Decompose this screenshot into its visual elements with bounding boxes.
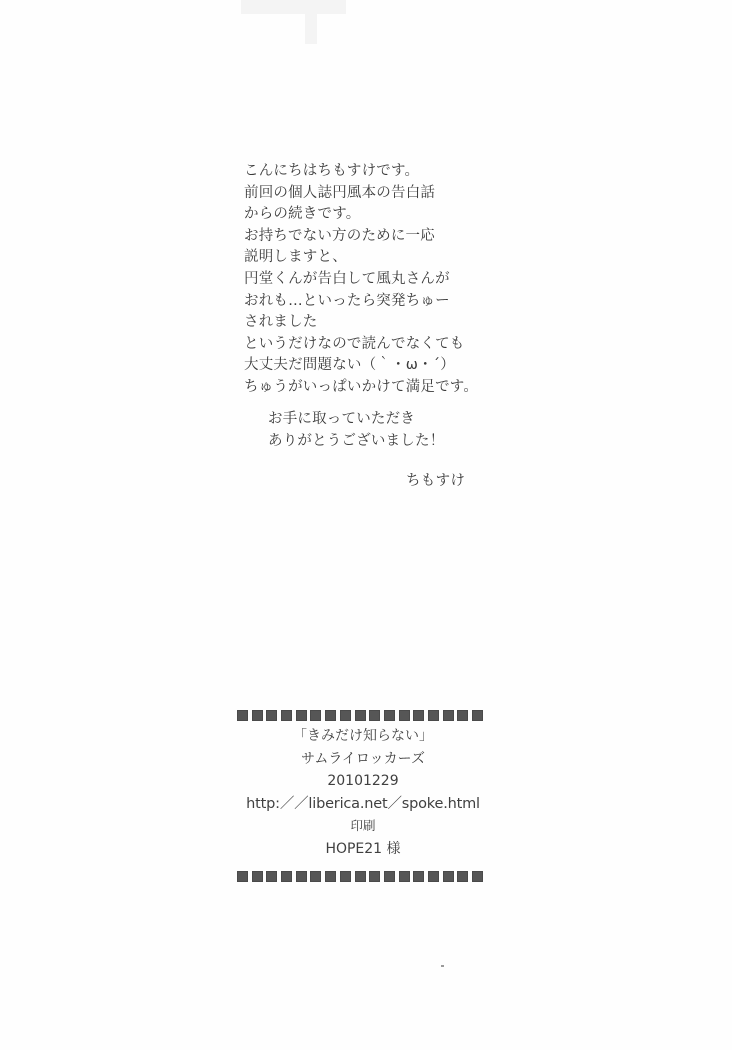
- scanned-page: こんにちはちもすけです。 前回の個人誌円風本の告白話 からの続きです。 お持ちで…: [0, 0, 732, 1050]
- scan-speck: [441, 965, 444, 967]
- circle-name: サムライロッカーズ: [232, 748, 494, 771]
- afterword-line: おれも…といったら突発ちゅー: [244, 291, 544, 313]
- divider-square: [340, 710, 351, 721]
- divider-square: [296, 871, 307, 882]
- divider-square: [281, 871, 292, 882]
- divider-square: [399, 871, 410, 882]
- divider-square: [355, 871, 366, 882]
- divider-square: [237, 871, 248, 882]
- divider-square: [369, 871, 380, 882]
- divider-square: [310, 710, 321, 721]
- thanks-line: ありがとうございました！: [268, 431, 444, 453]
- afterword-line: 円堂くんが告白して風丸さんが: [244, 269, 544, 291]
- divider-square: [296, 710, 307, 721]
- divider-square: [472, 710, 483, 721]
- printer-label: 印刷: [232, 815, 494, 838]
- publish-date: 20101229: [232, 770, 494, 793]
- divider-square: [428, 710, 439, 721]
- divider-square: [252, 710, 263, 721]
- website-url: http:／／liberica.net／spoke.html: [232, 793, 494, 816]
- divider-square: [399, 710, 410, 721]
- bleed-through-mark: [305, 14, 317, 44]
- divider-square: [355, 710, 366, 721]
- divider-square: [310, 871, 321, 882]
- divider-square: [266, 710, 277, 721]
- printer-name: HOPE21 様: [232, 838, 494, 861]
- divider-square: [457, 871, 468, 882]
- divider-square: [443, 871, 454, 882]
- divider-square: [472, 871, 483, 882]
- divider-square: [369, 710, 380, 721]
- colophon: 「きみだけ知らない」 サムライロッカーズ 20101229 http:／／lib…: [232, 725, 494, 861]
- divider-square: [413, 710, 424, 721]
- afterword-line: 説明しますと、: [244, 247, 544, 269]
- divider-square: [325, 710, 336, 721]
- divider-square: [281, 710, 292, 721]
- afterword-line: お持ちでない方のために一応: [244, 226, 544, 248]
- afterword-line: されました: [244, 312, 544, 334]
- afterword-line: 前回の個人誌円風本の告白話: [244, 183, 544, 205]
- divider-square: [384, 710, 395, 721]
- bleed-through-mark: [306, 0, 346, 14]
- afterword-line: というだけなので読んでなくても: [244, 334, 544, 356]
- divider-square: [325, 871, 336, 882]
- afterword-line: 大丈夫だ問題ない（｀・ω・´）: [244, 355, 544, 377]
- divider-square: [266, 871, 277, 882]
- divider-square: [413, 871, 424, 882]
- divider-square: [340, 871, 351, 882]
- divider-square: [428, 871, 439, 882]
- afterword-line: ちゅうがいっぱいかけて満足です。: [244, 377, 544, 399]
- divider-square: [443, 710, 454, 721]
- author-signature: ちもすけ: [406, 471, 465, 491]
- divider-square: [384, 871, 395, 882]
- afterword-line: こんにちはちもすけです。: [244, 161, 544, 183]
- divider-square: [237, 710, 248, 721]
- divider-square: [252, 871, 263, 882]
- afterword-line: からの続きです。: [244, 204, 544, 226]
- book-title: 「きみだけ知らない」: [232, 725, 494, 748]
- divider-square: [457, 710, 468, 721]
- thanks-line: お手に取っていただき: [268, 409, 444, 431]
- colophon-divider-top: [237, 710, 483, 721]
- thanks-message: お手に取っていただき ありがとうございました！: [268, 409, 444, 452]
- colophon-divider-bottom: [237, 871, 483, 882]
- afterword-message: こんにちはちもすけです。 前回の個人誌円風本の告白話 からの続きです。 お持ちで…: [244, 161, 544, 399]
